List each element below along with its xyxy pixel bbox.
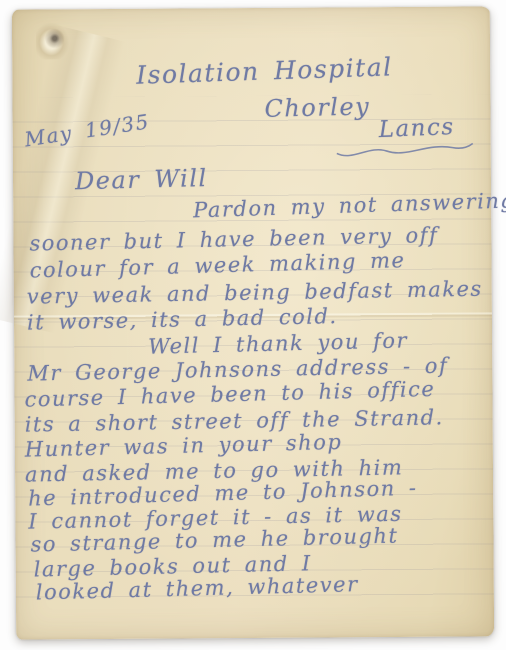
letter-line: Pardon my not answering xyxy=(193,188,506,222)
letterhead-hospital: Isolation Hospital xyxy=(136,52,393,89)
salutation: Dear Will xyxy=(75,164,208,195)
scan-background: Isolation Hospital Chorley Lancs May 19/… xyxy=(0,0,506,650)
letterhead-town: Chorley xyxy=(264,92,370,123)
paper-damage-spot xyxy=(36,21,70,59)
letter-paper: Isolation Hospital Chorley Lancs May 19/… xyxy=(12,6,494,639)
lancs-flourish-underline xyxy=(335,138,475,161)
letter-line: it worse, its a bad cold. xyxy=(27,304,338,335)
letter-line: very weak and being bedfast makes xyxy=(27,277,483,309)
